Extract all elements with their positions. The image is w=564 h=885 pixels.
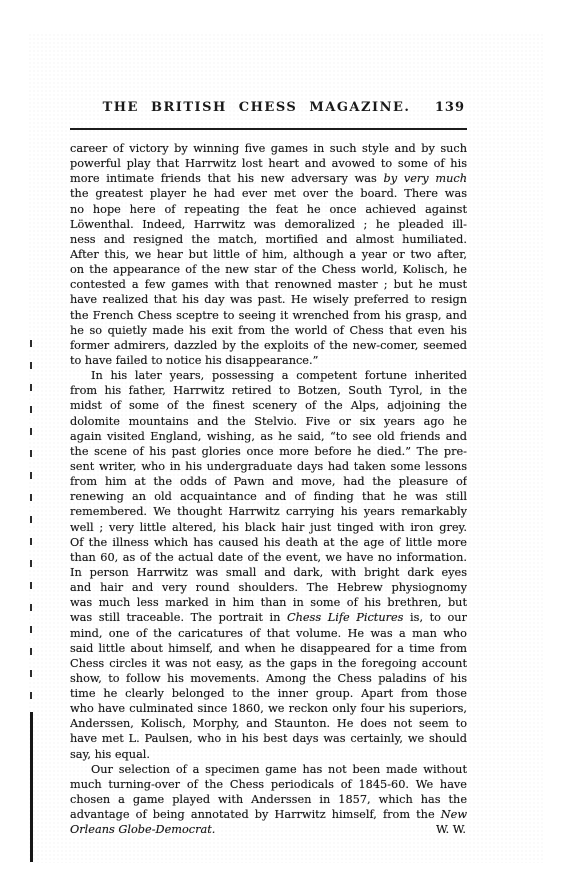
article-text: career of victory by winning five games …: [70, 141, 467, 837]
text-line: Chess circles it was not easy, as the ga…: [70, 656, 467, 671]
text-line: In person Harrwitz was small and dark, w…: [70, 565, 467, 580]
text-line: the greatest player he had ever met over…: [70, 186, 467, 201]
text-line: on the appearance of the new star of the…: [70, 262, 467, 277]
text-line: advantage of being annotated by Harrwitz…: [70, 807, 467, 822]
text-line: well ; very little altered, his black ha…: [70, 520, 467, 535]
text-line: and hair and very round shoulders. The H…: [70, 580, 467, 595]
text-line: career of victory by winning five games …: [70, 141, 467, 156]
text-line: say, his equal.: [70, 747, 467, 762]
text-line: much turning-over of the Chess periodica…: [70, 777, 467, 792]
text-line: who have culminated since 1860, we recko…: [70, 701, 467, 716]
journal-title: THE BRITISH CHESS MAGAZINE.: [58, 100, 455, 115]
binding-edge-dashed-line: [30, 340, 32, 714]
text-line: dolomite mountains and the Stelvio. Five…: [70, 414, 467, 429]
text-line: ness and resigned the match, mortified a…: [70, 232, 467, 247]
text-line: chosen a game played with Anderssen in 1…: [70, 792, 467, 807]
text-line: was still traceable. The portrait in Che…: [70, 610, 467, 625]
text-line: than 60, as of the actual date of the ev…: [70, 550, 467, 565]
text-line: Orleans Globe-Democrat.W. W.: [70, 822, 467, 837]
header-rule: [70, 128, 467, 130]
text-line: Anderssen, Kolisch, Morphy, and Staunton…: [70, 716, 467, 731]
text-line: remembered. We thought Harrwitz carrying…: [70, 504, 467, 519]
text-line: In his later years, possessing a compete…: [70, 368, 467, 383]
text-line: Our selection of a specimen game has not…: [70, 762, 467, 777]
text-line: have met L. Paulsen, who in his best day…: [70, 731, 467, 746]
author-signature: W. W.: [436, 822, 466, 837]
text-line: former admirers, dazzled by the exploits…: [70, 338, 467, 353]
text-line: again visited England, wishing, as he sa…: [70, 429, 467, 444]
text-line: Of the illness which has caused his deat…: [70, 535, 467, 550]
text-line: said little about himself, and when he d…: [70, 641, 467, 656]
text-line: the scene of his past glories once more …: [70, 444, 467, 459]
text-line: midst of some of the finest scenery of t…: [70, 398, 467, 413]
text-line: After this, we hear but little of him, a…: [70, 247, 467, 262]
page-number: 139: [435, 100, 465, 115]
text-line: mind, one of the caricatures of that vol…: [70, 626, 467, 641]
binding-edge-solid-line: [30, 712, 33, 862]
text-line: sent writer, who in his undergraduate da…: [70, 459, 467, 474]
text-line: renewing an old acquaintance and of find…: [70, 489, 467, 504]
text-line: no hope here of repeating the feat he on…: [70, 202, 467, 217]
text-line: more intimate friends that his new adver…: [70, 171, 467, 186]
text-line: to have failed to notice his disappearan…: [70, 353, 467, 368]
text-line: the French Chess sceptre to seeing it wr…: [70, 308, 467, 323]
text-line: from his father, Harrwitz retired to Bot…: [70, 383, 467, 398]
text-line: he so quietly made his exit from the wor…: [70, 323, 467, 338]
text-line: from him at the odds of Pawn and move, h…: [70, 474, 467, 489]
text-line: powerful play that Harrwitz lost heart a…: [70, 156, 467, 171]
text-line: Löwenthal. Indeed, Harrwitz was demorali…: [70, 217, 467, 232]
text-line: have realized that his day was past. He …: [70, 292, 467, 307]
text-line: contested a few games with that renowned…: [70, 277, 467, 292]
text-line: show, to follow his movements. Among the…: [70, 671, 467, 686]
text-line: was much less marked in him than in some…: [70, 595, 467, 610]
text-line: time he clearly belonged to the inner gr…: [70, 686, 467, 701]
page-content: THE BRITISH CHESS MAGAZINE. 139 career o…: [70, 100, 467, 837]
running-header: THE BRITISH CHESS MAGAZINE. 139: [70, 100, 467, 118]
